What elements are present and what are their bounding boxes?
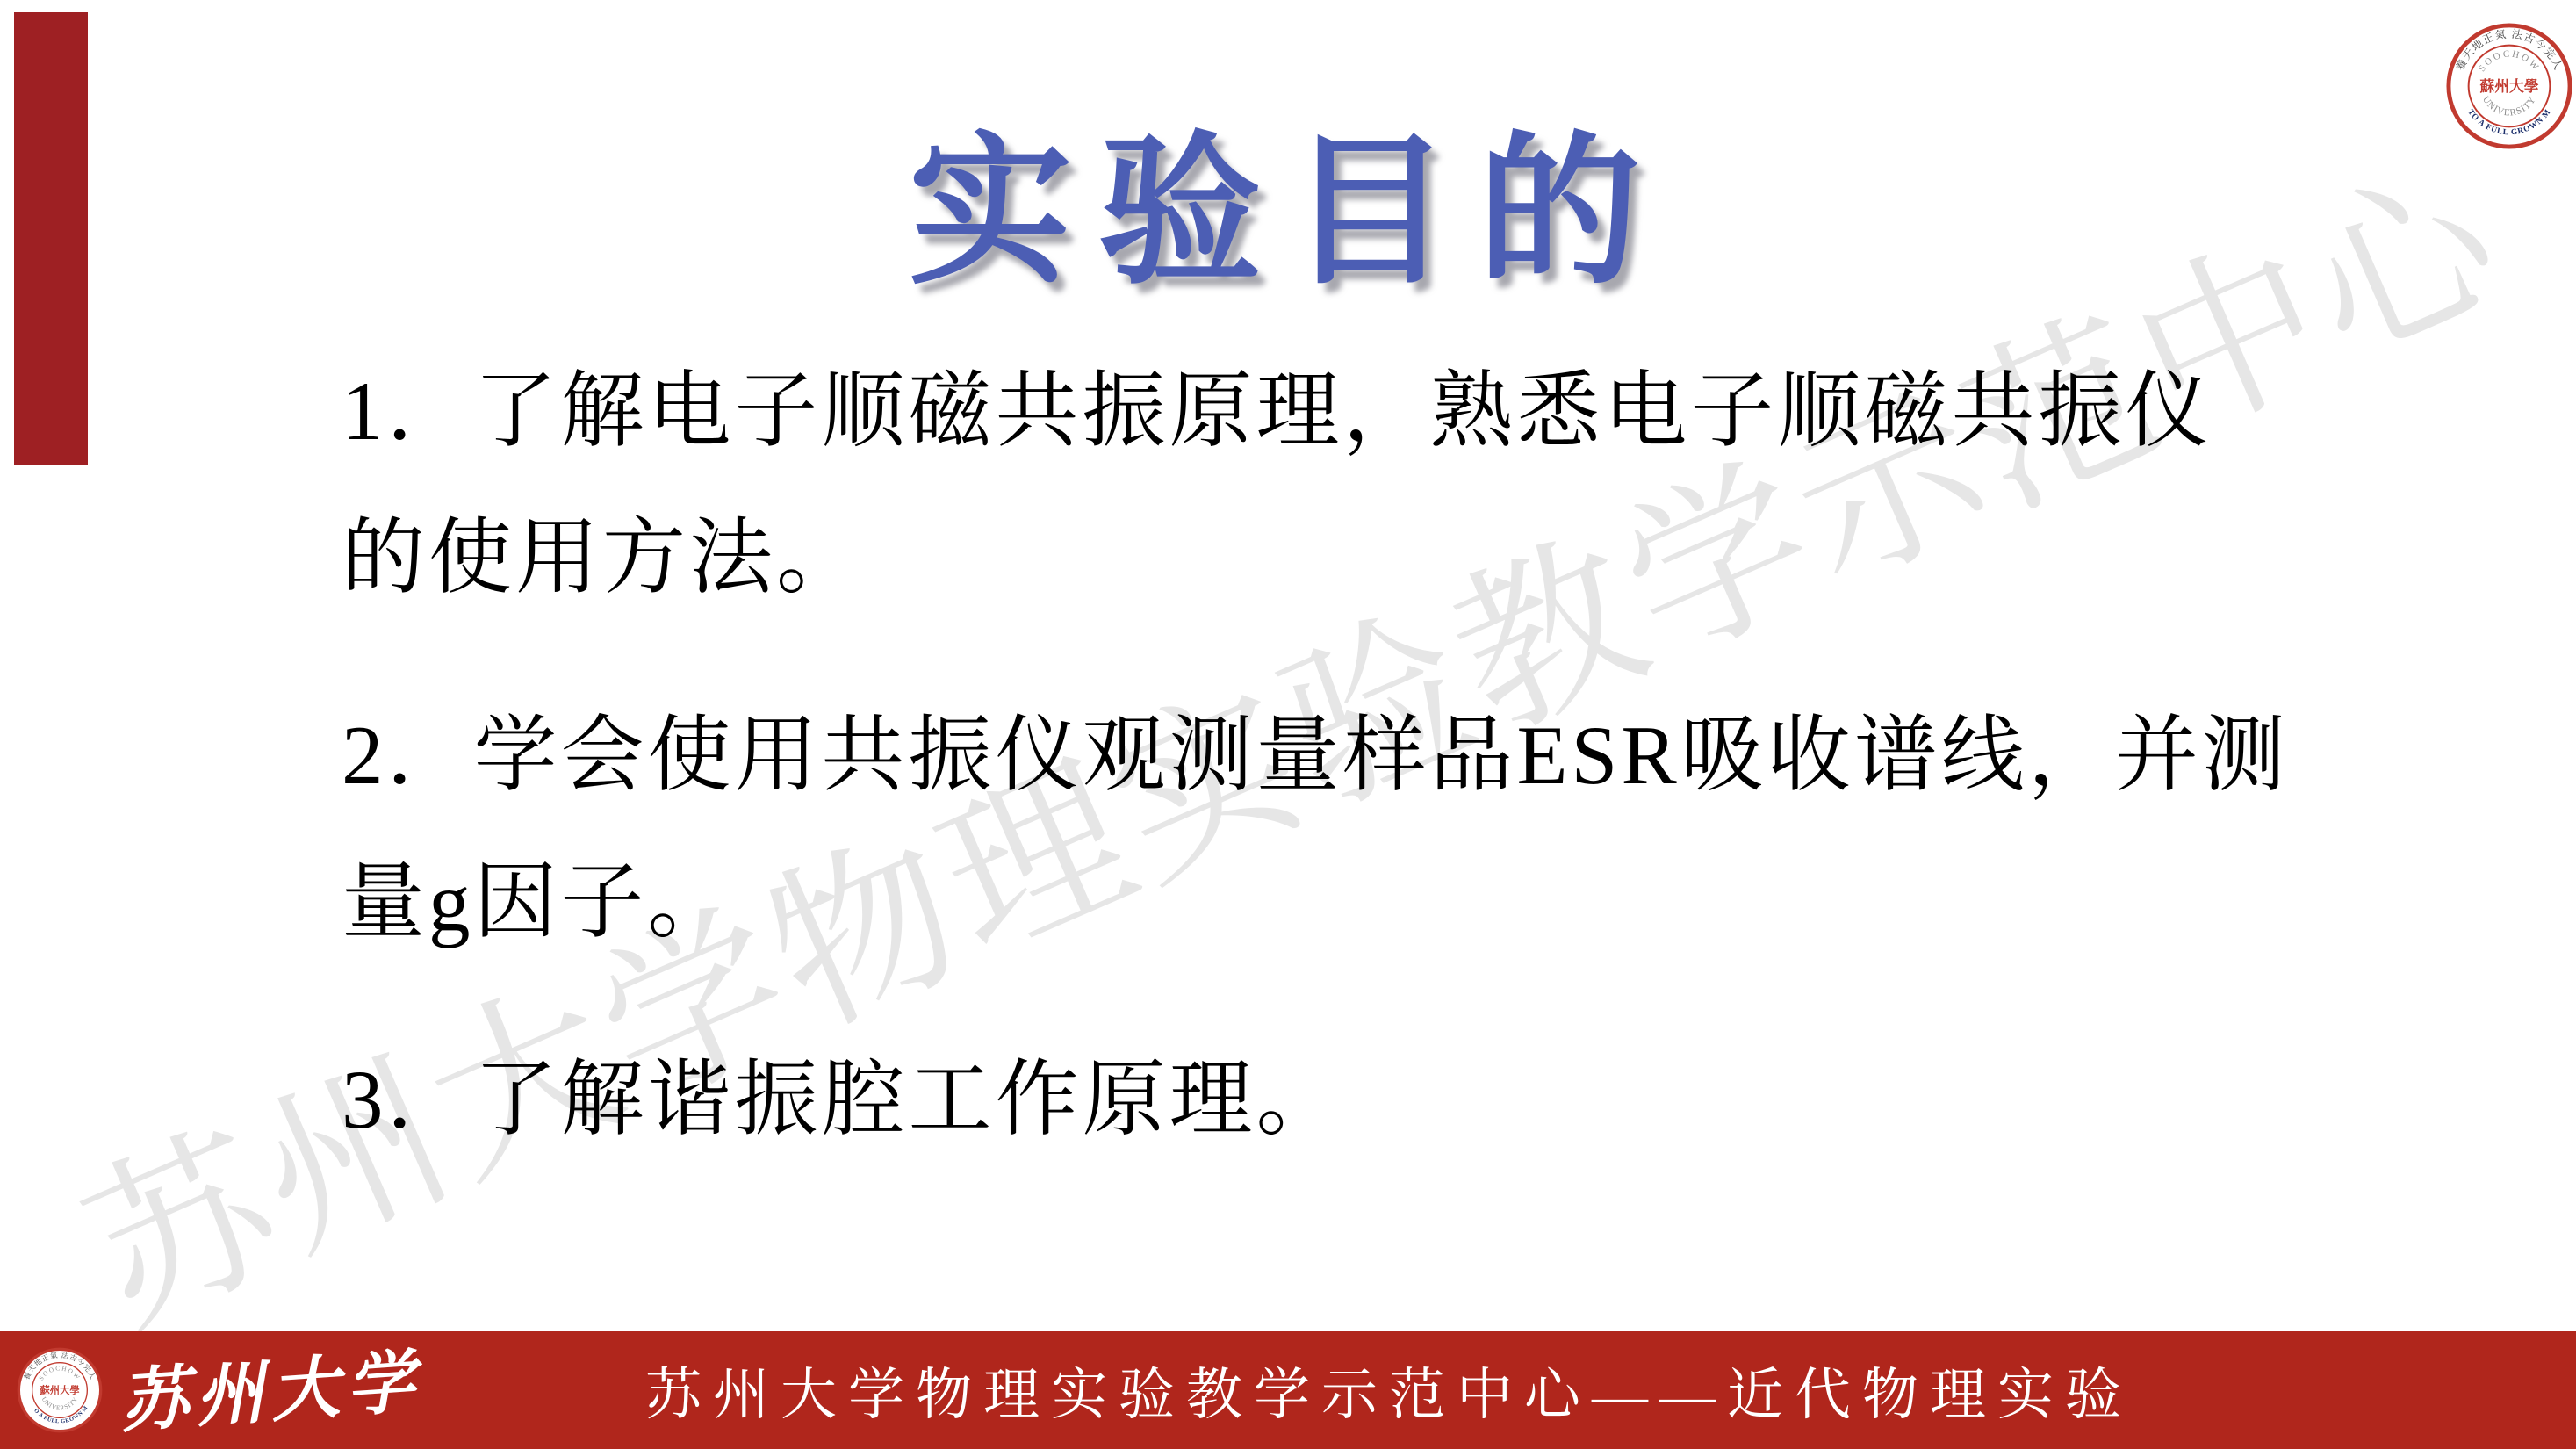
objective-1-line-2: 的使用方法。 <box>342 485 2326 631</box>
footer-logo-script: 苏州大学 <box>117 1327 425 1446</box>
objective-item-3: 3．了解谐振腔工作原理。 <box>342 1027 2326 1173</box>
footer-seal-icon: 養天地正氣 法古今完人 UNTO A FULL GROWN MAN SOOCHO… <box>16 1346 104 1434</box>
page-title: 实验目的 <box>0 81 2576 315</box>
objective-2-line-2: 量g因子。 <box>342 829 2326 976</box>
objective-item-2: 2．学会使用共振仪观测量样品ESR吸收谱线，并测 量g因子。 <box>342 682 2326 976</box>
objective-item-1: 1．了解电子顺磁共振原理，熟悉电子顺磁共振仪 的使用方法。 <box>342 338 2326 631</box>
objective-2-line-1: 2．学会使用共振仪观测量样品ESR吸收谱线，并测 <box>342 682 2326 829</box>
footer-text: 苏州大学物理实验教学示范中心——近代物理实验 <box>645 1350 2133 1431</box>
seal-name-cn: 蘇州大學 <box>2479 77 2538 95</box>
university-seal-icon: 養天地正氣 法古今完人 UNTO A FULL GROWN MAN SOOCHO… <box>2444 21 2574 151</box>
slide-canvas: 苏州大学物理实验教学示范中心 实验目的 養天地正氣 法古今完人 UNTO A F… <box>0 0 2576 1449</box>
footer-bar: 養天地正氣 法古今完人 UNTO A FULL GROWN MAN SOOCHO… <box>0 1331 2576 1449</box>
objective-1-line-1: 1．了解电子顺磁共振原理，熟悉电子顺磁共振仪 <box>342 338 2326 485</box>
objectives-list: 1．了解电子顺磁共振原理，熟悉电子顺磁共振仪 的使用方法。 2．学会使用共振仪观… <box>342 338 2326 1224</box>
footer-seal-name-cn: 蘇州大學 <box>40 1384 80 1396</box>
objective-3-line-1: 3．了解谐振腔工作原理。 <box>342 1027 2326 1173</box>
